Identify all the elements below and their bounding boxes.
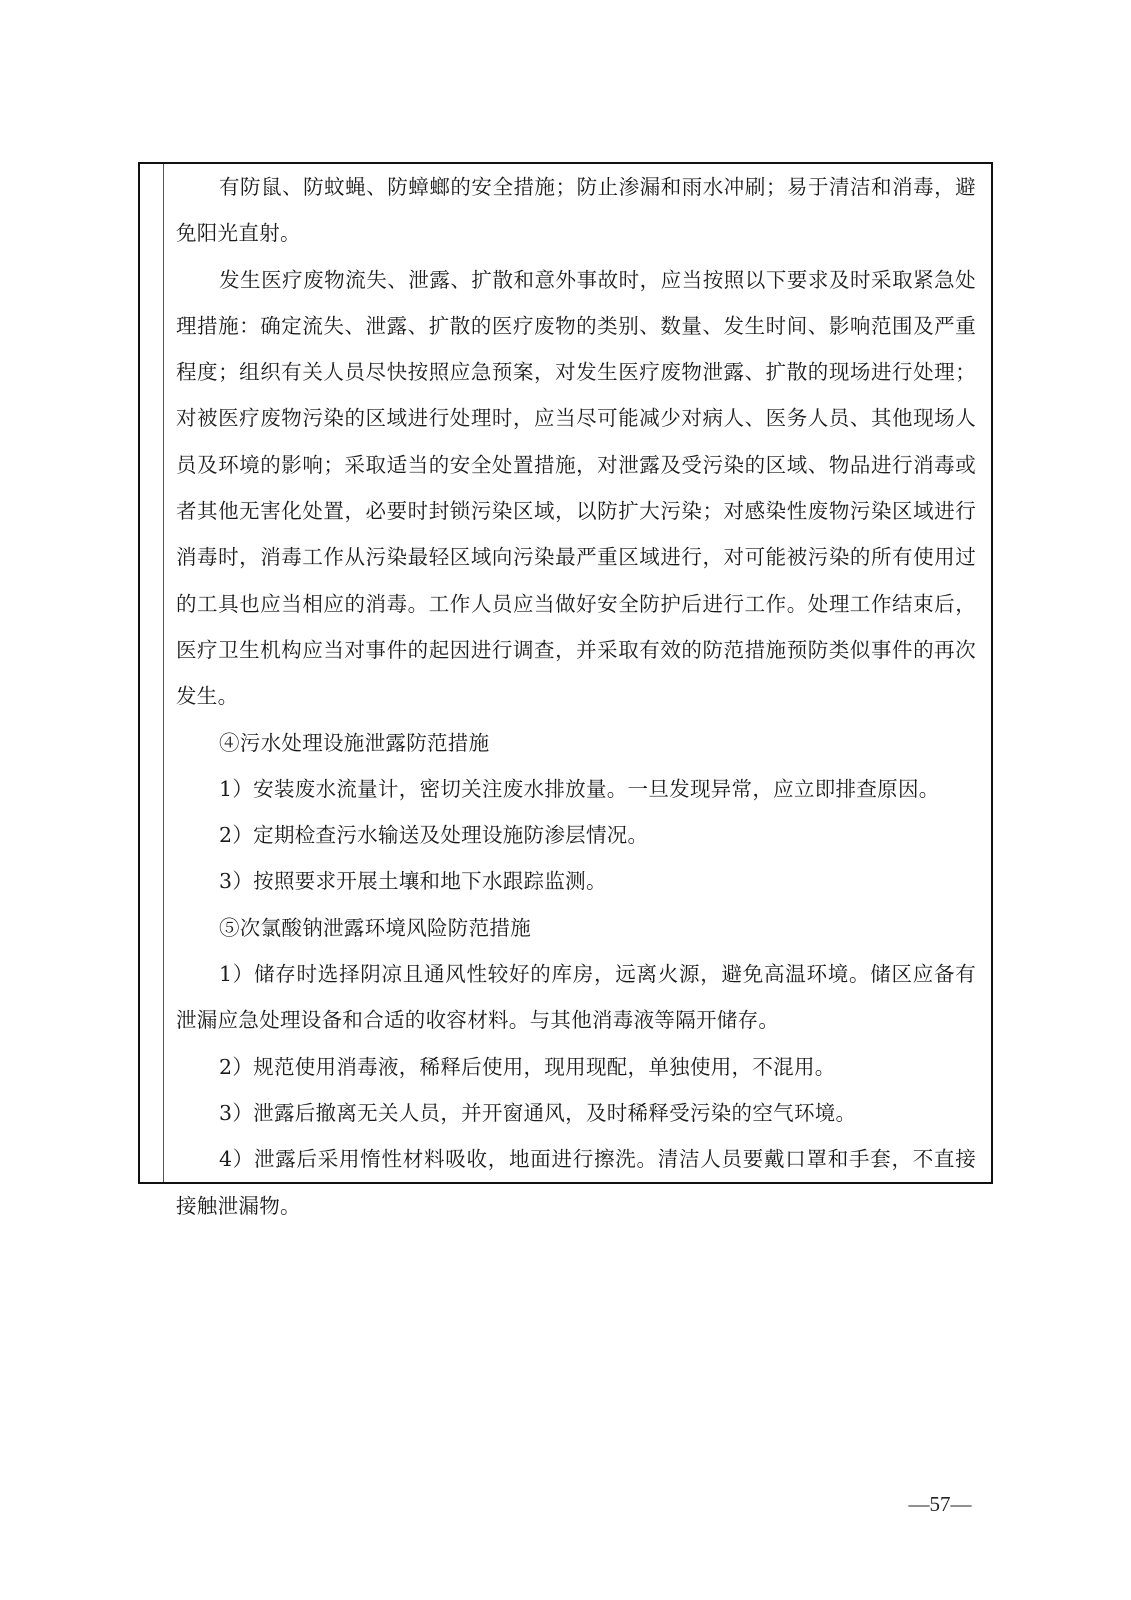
paragraph-storage-requirements: 有防鼠、防蚊蝇、防蟑螂的安全措施；防止渗漏和雨水冲刷；易于清洁和消毒，避免阳光直… <box>176 164 976 257</box>
table-content-cell: 有防鼠、防蚊蝇、防蟑螂的安全措施；防止渗漏和雨水冲刷；易于清洁和消毒，避免阳光直… <box>176 164 976 1229</box>
sewage-item-1: 1）安装废水流量计，密切关注废水排放量。一旦发现异常，应立即排查原因。 <box>176 766 976 812</box>
heading-sewage-leak-prevention: ④污水处理设施泄露防范措施 <box>176 720 976 766</box>
table-left-column <box>140 164 164 1182</box>
content-table: 有防鼠、防蚊蝇、防蟑螂的安全措施；防止渗漏和雨水冲刷；易于清洁和消毒，避免阳光直… <box>138 162 993 1184</box>
hypochlorite-item-2: 2）规范使用消毒液，稀释后使用，现用现配，单独使用，不混用。 <box>176 1044 976 1090</box>
hypochlorite-item-1: 1）储存时选择阴凉且通风性较好的库房，远离火源，避免高温环境。储区应备有泄漏应急… <box>176 951 976 1044</box>
hypochlorite-item-4: 4）泄露后采用惰性材料吸收，地面进行擦洗。清洁人员要戴口罩和手套，不直接接触泄漏… <box>176 1136 976 1229</box>
sewage-item-3: 3）按照要求开展土壤和地下水跟踪监测。 <box>176 858 976 904</box>
page-number: —57— <box>900 1492 980 1517</box>
paragraph-medical-waste-emergency: 发生医疗废物流失、泄露、扩散和意外事故时，应当按照以下要求及时采取紧急处理措施：… <box>176 257 976 720</box>
heading-hypochlorite-leak-prevention: ⑤次氯酸钠泄露环境风险防范措施 <box>176 905 976 951</box>
hypochlorite-item-3: 3）泄露后撤离无关人员，并开窗通风，及时稀释受污染的空气环境。 <box>176 1090 976 1136</box>
sewage-item-2: 2）定期检查污水输送及处理设施防渗层情况。 <box>176 812 976 858</box>
